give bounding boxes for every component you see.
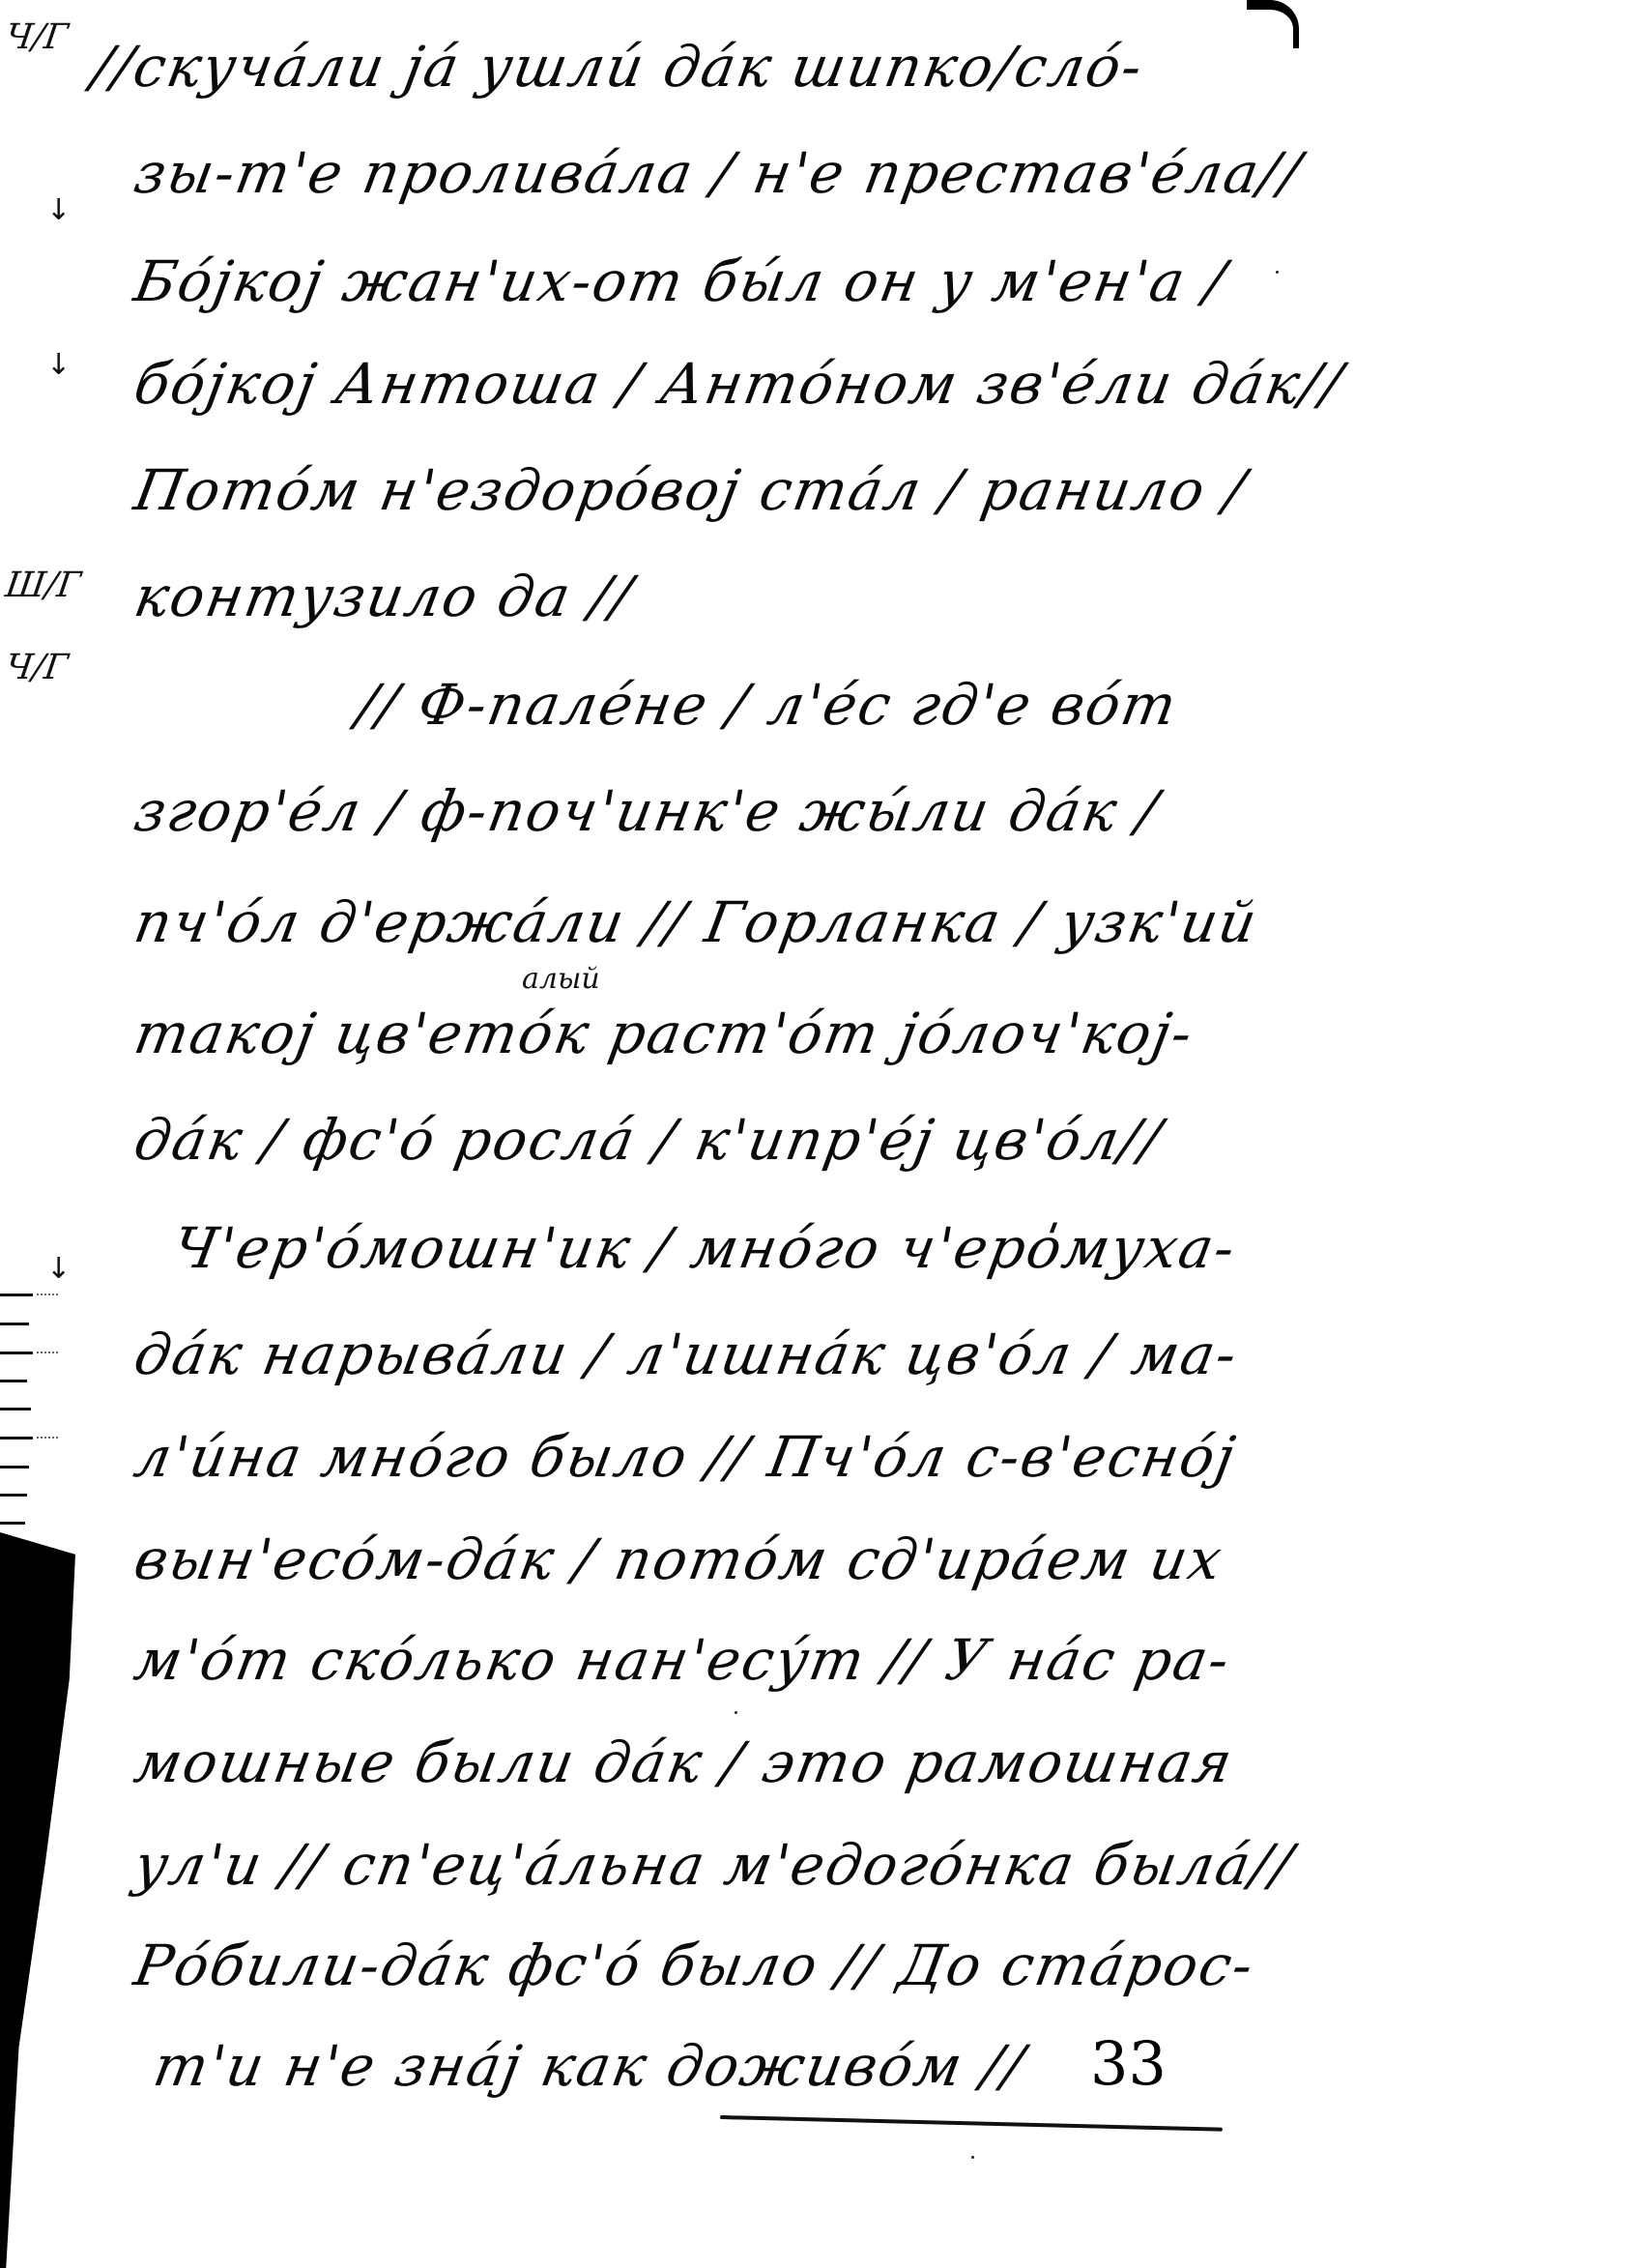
text-line: Ч'ер'о́мошн'ик / мно́го ч'ерo̍муха-	[169, 1220, 1241, 1276]
arrow-marker-icon: ↓	[46, 1252, 71, 1286]
text-line: т'и н'е зна́j как доживо́м //	[150, 2038, 1029, 2094]
scan-speck	[971, 2156, 974, 2159]
text-line: да́к нарыва́ли / л'ишна́к цв'о́л / ма-	[130, 1326, 1243, 1382]
text-line: такоj цв'ето́к раст'о́т jо́лоч'коj-	[130, 1005, 1198, 1061]
margin-rule-tick	[0, 1437, 33, 1439]
text-line: // Ф-пале́не / л'е́с гд'е во́т	[353, 677, 1182, 733]
text-line: вын'есо́м-да́к / пото́м сд'ира́ем их	[130, 1531, 1227, 1587]
margin-rule-tick	[0, 1380, 27, 1382]
margin-rule-tick	[0, 1294, 33, 1296]
margin-rule-tick	[0, 1352, 33, 1354]
margin-note: Ч/Г	[3, 648, 71, 687]
margin-note: Ш/Г	[3, 566, 83, 605]
interlinear-insertion: алый	[522, 962, 600, 996]
scanned-page: Ч/Г ↓ ↓ Ш/Г Ч/Г ↓ //скуча́ли jа́ ушли́ д…	[0, 0, 1643, 2268]
arrow-marker-icon: ↓	[46, 193, 71, 227]
margin-rule-tick	[0, 1408, 31, 1410]
margin-rule-tick	[0, 1494, 27, 1497]
binding-shadow	[0, 1532, 75, 2268]
arrow-marker-icon: ↓	[46, 348, 71, 382]
margin-rule-tick	[0, 1466, 29, 1468]
text-line: Ро́били-да́к фс'о́ было // До ста́рос-	[130, 1937, 1259, 1993]
scan-speck	[735, 1711, 737, 1714]
text-line: ул'и // сп'ец'а́льна м'едого́нка была́//	[130, 1837, 1298, 1893]
margin-note: Ч/Г	[3, 17, 71, 57]
text-line: згор'е́л / ф-поч'инк'е жы́ли да́к /	[130, 783, 1164, 839]
text-line: Пото́м н'ездоро́воj ста́л / ранило /	[130, 462, 1252, 518]
text-line: л'и́на мно́го было // Пч'о́л с-в'есно́j	[130, 1429, 1241, 1485]
margin-dots	[37, 1352, 58, 1355]
closing-rule	[720, 2115, 1223, 2132]
text-line: да́к / фс'о́ росла́ / к'ипр'е́j цв'о́л//	[130, 1112, 1167, 1168]
text-line: пч'о́л д'ержа́ли // Горланка / узк'ий	[130, 894, 1262, 950]
margin-rule-tick	[0, 1323, 29, 1325]
text-line: мошные были да́к / это рамошная	[130, 1734, 1238, 1790]
text-line: бо́jкоj Антоша / Анто́ном зв'е́ли да́к//	[130, 356, 1348, 412]
text-line: м'о́т ско́лько нан'есу́т // У на́с ра-	[130, 1632, 1235, 1688]
text-line: контузило да //	[130, 568, 638, 625]
text-line: зы-т'е пролива́ла / н'е престав'е́ла//	[130, 145, 1307, 201]
margin-dots	[37, 1294, 58, 1297]
margin-dots	[37, 1437, 58, 1440]
margin-rule-tick	[0, 1522, 25, 1525]
page-number: 33	[1090, 2028, 1167, 2099]
scan-speck	[1276, 271, 1279, 274]
text-line: Бо́jкоj жан'их-от бы́л он у м'ен'а /	[130, 253, 1231, 309]
text-line: //скуча́ли jа́ ушли́ да́к шиnко/сло́-	[88, 39, 1148, 95]
page-corner-shadow	[1247, 0, 1299, 48]
